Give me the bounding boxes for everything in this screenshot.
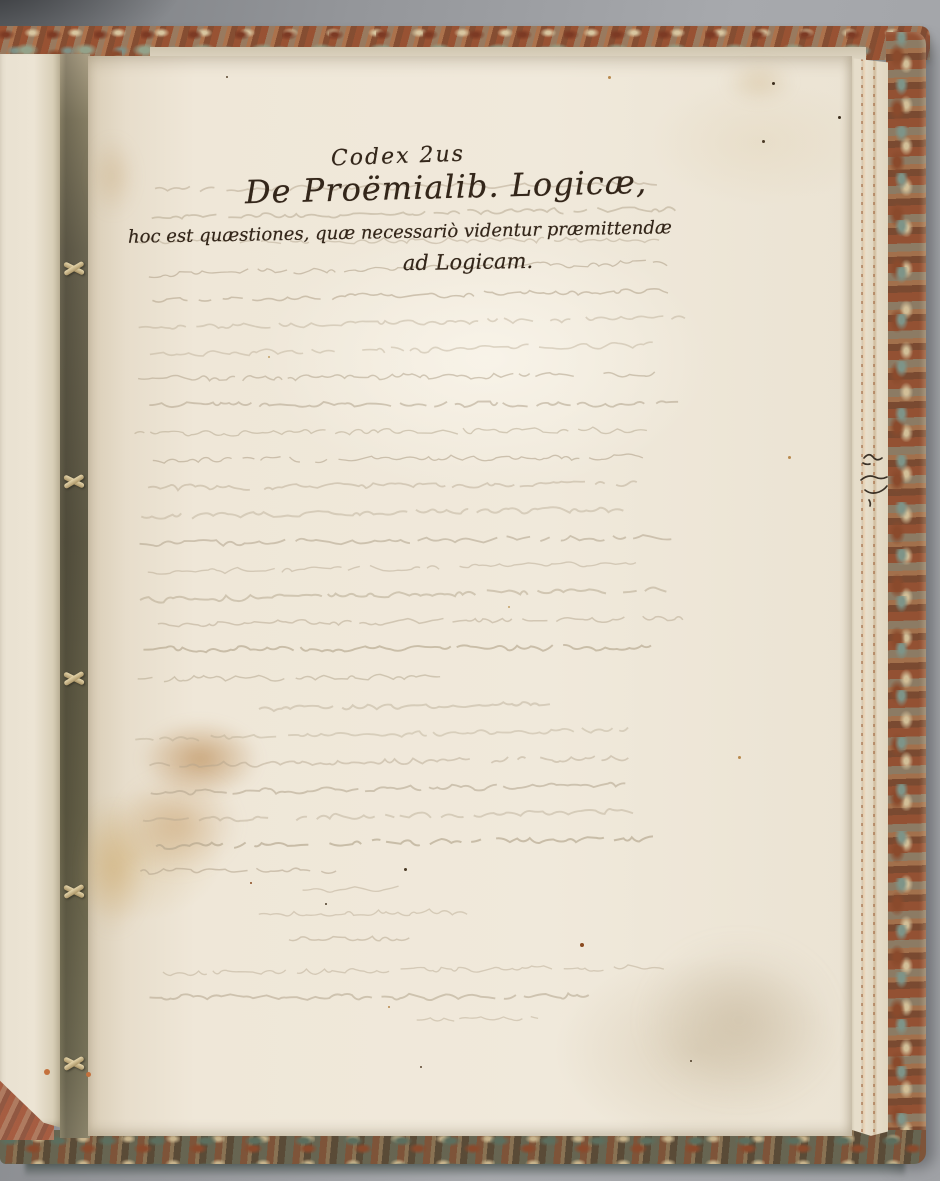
ghost-handwriting-line <box>153 449 636 469</box>
leaf-edge-speckle-line <box>873 58 875 1138</box>
sewing-cord-knot <box>63 670 86 687</box>
book-cover-fore-edge <box>886 32 926 1160</box>
ghost-handwriting-line <box>149 396 666 413</box>
ink-speck <box>388 1006 390 1008</box>
sewing-cord-knot <box>63 1055 86 1072</box>
ghost-handwriting-line <box>143 640 650 658</box>
scanned-manuscript-photo: Codex 2us De Proëmialib. Logicæ, hoc est… <box>0 0 940 1181</box>
ink-speck <box>772 82 775 85</box>
ink-speck <box>838 116 841 119</box>
page-stack-fore-edges <box>850 58 888 1138</box>
ink-speck <box>788 456 791 459</box>
ghost-handwriting-line <box>302 880 392 898</box>
ghost-handwriting-line <box>142 803 640 829</box>
ghost-handwriting-line <box>141 501 625 524</box>
ghost-handwriting-line <box>259 696 549 717</box>
ink-speck <box>608 76 611 79</box>
ghost-handwriting-line <box>140 863 330 879</box>
leaf-edge-speckle-line <box>861 58 863 1138</box>
ghost-handwriting-line <box>289 930 409 947</box>
ghost-handwriting-line <box>417 1010 547 1028</box>
ink-speck <box>404 868 407 871</box>
ink-speck <box>738 756 741 759</box>
sewing-cord-knot <box>63 260 86 277</box>
ink-speck <box>226 76 228 78</box>
ink-speck <box>420 1066 422 1068</box>
ghost-handwriting-line <box>151 776 626 801</box>
ghost-handwriting-line <box>150 337 649 363</box>
ghost-handwriting-line <box>138 367 648 387</box>
ghost-handwriting-line <box>147 611 676 633</box>
ghost-handwriting-line <box>140 581 671 608</box>
ghost-handwriting-line <box>149 988 579 1005</box>
ink-speck <box>762 140 765 143</box>
ghost-handwriting-line <box>157 831 645 855</box>
ink-speck <box>325 903 327 905</box>
rust-spot <box>86 1072 91 1077</box>
ink-speck <box>268 356 270 358</box>
ghost-handwriting-line <box>140 529 667 551</box>
ink-speck <box>690 1060 692 1062</box>
ghost-handwriting-line <box>139 310 672 336</box>
rust-spot <box>44 1069 50 1075</box>
ghost-handwriting-line <box>149 750 625 774</box>
facing-page-edge <box>0 54 62 1128</box>
ink-speck <box>250 882 252 884</box>
ghost-handwriting-line <box>259 904 459 923</box>
ghost-handwriting-line <box>147 555 629 580</box>
bleedthrough-text <box>83 53 856 1140</box>
ink-speck <box>580 943 584 947</box>
fore-edge-inscription <box>855 450 895 512</box>
ghost-handwriting-line <box>156 959 661 982</box>
ghost-handwriting-line <box>135 422 643 442</box>
ghost-handwriting-line <box>152 283 661 309</box>
manuscript-page: Codex 2us De Proëmialib. Logicæ, hoc est… <box>88 56 852 1136</box>
ghost-handwriting-line <box>148 476 630 496</box>
sewing-cord-knot <box>63 473 86 490</box>
ghost-handwriting-line <box>135 722 625 748</box>
ghost-handwriting-line <box>137 668 437 687</box>
ink-speck <box>508 606 510 608</box>
